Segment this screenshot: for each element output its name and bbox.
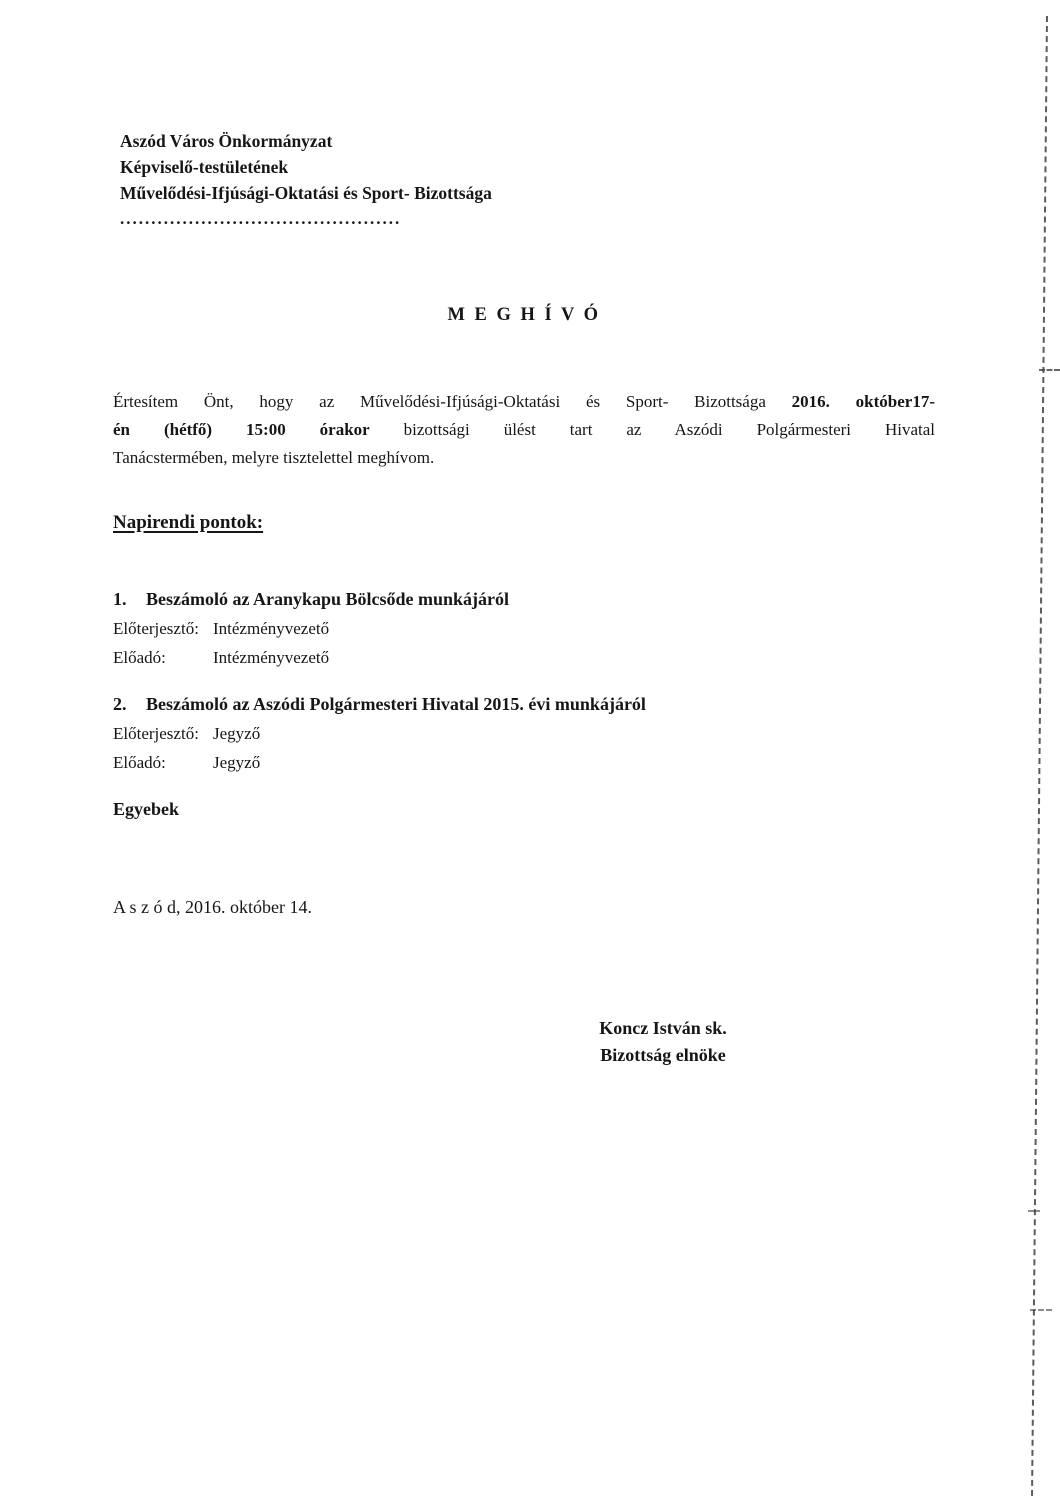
signatory-name: Koncz István sk. [518, 1015, 808, 1042]
intro-line-2-bold: én (hétfő) 15:00 órakor [113, 420, 370, 439]
speaker-value: Jegyző [213, 753, 260, 772]
agenda-item-1-presenter-row: Előterjesztő:Intézményvezető [113, 614, 953, 643]
intro-line-1-normal: Értesítem Önt, hogy az Művelődési-Ifjúsá… [113, 392, 792, 411]
agenda-item-1-number: 1. [113, 585, 146, 614]
presenter-label: Előterjesztő: [113, 614, 213, 643]
letterhead-line-2: Képviselő-testületének [120, 154, 492, 180]
presenter-label: Előterjesztő: [113, 719, 213, 748]
agenda-item-1-title: Beszámoló az Aranykapu Bölcsőde munkájár… [146, 589, 509, 609]
document-title: M E G H Í V Ó [113, 305, 935, 326]
presenter-value: Intézményvezető [213, 619, 329, 638]
agenda-item-2-heading: 2.Beszámoló az Aszódi Polgármesteri Hiva… [113, 690, 953, 719]
agenda-item-1-heading: 1.Beszámoló az Aranykapu Bölcsőde munkáj… [113, 585, 953, 614]
speaker-value: Intézményvezető [213, 648, 329, 667]
agenda-item-2-speaker-row: Előadó:Jegyző [113, 748, 953, 777]
scan-artifact-vertical-line [1031, 16, 1048, 1496]
intro-line-2-normal: bizottsági ülést tart az Aszódi Polgárme… [370, 420, 935, 439]
agenda-item-1: 1.Beszámoló az Aranykapu Bölcsőde munkáj… [113, 585, 953, 672]
scan-artifact-dash-bottom [1030, 1309, 1052, 1311]
signature-block: Koncz István sk. Bizottság elnöke [518, 1015, 808, 1069]
letterhead-line-1: Aszód Város Önkormányzat [120, 128, 492, 154]
scan-artifact-dash-middle [1028, 1210, 1040, 1212]
speaker-label: Előadó: [113, 643, 213, 672]
document-page: Aszód Város Önkormányzat Képviselő-testü… [0, 0, 1060, 1497]
intro-line-1-bold: 2016. október17- [792, 392, 935, 411]
scan-artifact-dash-top [1039, 369, 1060, 371]
speaker-label: Előadó: [113, 748, 213, 777]
agenda-item-2-title: Beszámoló az Aszódi Polgármesteri Hivata… [146, 694, 646, 714]
presenter-value: Jegyző [213, 724, 260, 743]
intro-line-3: Tanácstermében, melyre tisztelettel megh… [113, 444, 935, 472]
letterhead-dotted-separator: ........................................… [120, 206, 492, 232]
dateline: A s z ó d, 2016. október 14. [113, 893, 312, 922]
agenda-item-2-presenter-row: Előterjesztő:Jegyző [113, 719, 953, 748]
intro-paragraph: Értesítem Önt, hogy az Művelődési-Ifjúsá… [113, 388, 935, 472]
agenda-item-1-speaker-row: Előadó:Intézményvezető [113, 643, 953, 672]
other-business-heading: Egyebek [113, 795, 179, 824]
agenda-item-2-number: 2. [113, 690, 146, 719]
letterhead: Aszód Város Önkormányzat Képviselő-testü… [120, 128, 492, 232]
signatory-title: Bizottság elnöke [518, 1042, 808, 1069]
intro-line-1: Értesítem Önt, hogy az Művelődési-Ifjúsá… [113, 388, 935, 416]
agenda-heading: Napirendi pontok: [113, 512, 263, 534]
agenda-item-2: 2.Beszámoló az Aszódi Polgármesteri Hiva… [113, 690, 953, 777]
intro-line-2: én (hétfő) 15:00 órakor bizottsági ülést… [113, 416, 935, 444]
letterhead-line-3: Művelődési-Ifjúsági-Oktatási és Sport- B… [120, 180, 492, 206]
